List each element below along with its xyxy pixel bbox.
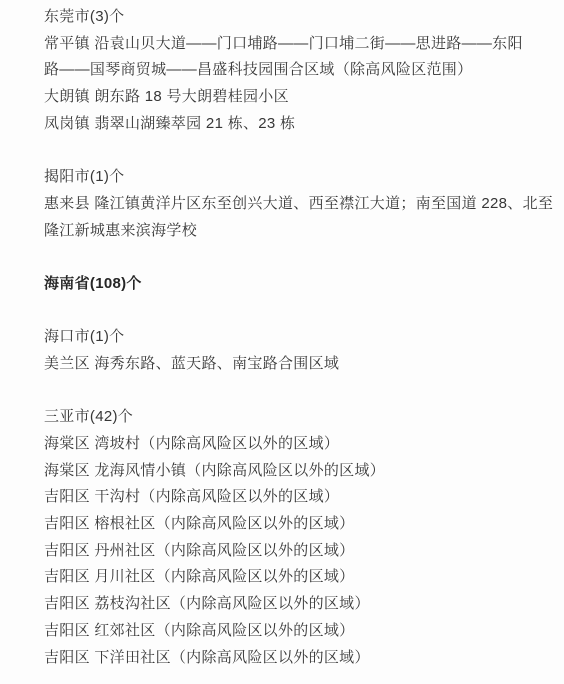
- area-line: 惠来县 隆江镇黄洋片区东至创兴大道、西至襟江大道；南至国道 228、北至: [44, 191, 550, 218]
- area-line: 吉阳区 榕根社区（内除高风险区以外的区域）: [44, 511, 550, 538]
- risk-area-list: 东莞市(3)个 常平镇 沿袁山贝大道——门口埔路——门口埔二街——思进路——东阳…: [0, 0, 564, 684]
- area-line: 路——国琴商贸城——昌盛科技园围合区域（除高风险区范围）: [44, 57, 550, 84]
- area-line: 凤岗镇 翡翠山湖臻萃园 21 栋、23 栋: [44, 111, 550, 138]
- section-dongguan: 东莞市(3)个 常平镇 沿袁山贝大道——门口埔路——门口埔二街——思进路——东阳…: [44, 4, 550, 137]
- area-line: 吉阳区 丹州社区（内除高风险区以外的区域）: [44, 538, 550, 565]
- section-sanya: 三亚市(42)个 海棠区 湾坡村（内除高风险区以外的区域） 海棠区 龙海风情小镇…: [44, 404, 550, 671]
- area-line: 吉阳区 荔枝沟社区（内除高风险区以外的区域）: [44, 591, 550, 618]
- area-line: 海棠区 龙海风情小镇（内除高风险区以外的区域）: [44, 458, 550, 485]
- area-line: 大朗镇 朗东路 18 号大朗碧桂园小区: [44, 84, 550, 111]
- area-line: 常平镇 沿袁山贝大道——门口埔路——门口埔二街——思进路——东阳: [44, 31, 550, 58]
- area-line: 吉阳区 红郊社区（内除高风险区以外的区域）: [44, 618, 550, 645]
- area-line: 隆江新城惠来滨海学校: [44, 218, 550, 245]
- section-haikou: 海口市(1)个 美兰区 海秀东路、蓝天路、南宝路合围区域: [44, 324, 550, 377]
- city-heading: 海口市(1)个: [44, 324, 550, 351]
- area-line: 吉阳区 下洋田社区（内除高风险区以外的区域）: [44, 645, 550, 672]
- area-line: 美兰区 海秀东路、蓝天路、南宝路合围区域: [44, 351, 550, 378]
- section-jieyang: 揭阳市(1)个 惠来县 隆江镇黄洋片区东至创兴大道、西至襟江大道；南至国道 22…: [44, 164, 550, 244]
- blank-line: [44, 378, 550, 405]
- city-heading: 三亚市(42)个: [44, 404, 550, 431]
- area-line: 吉阳区 干沟村（内除高风险区以外的区域）: [44, 484, 550, 511]
- area-line: 海棠区 湾坡村（内除高风险区以外的区域）: [44, 431, 550, 458]
- area-line: 吉阳区 月川社区（内除高风险区以外的区域）: [44, 564, 550, 591]
- blank-line: [44, 137, 550, 164]
- province-heading: 海南省(108)个: [44, 271, 550, 298]
- section-hainan-province: 海南省(108)个: [44, 271, 550, 298]
- city-heading: 揭阳市(1)个: [44, 164, 550, 191]
- blank-line: [44, 298, 550, 325]
- city-heading: 东莞市(3)个: [44, 4, 550, 31]
- blank-line: [44, 244, 550, 271]
